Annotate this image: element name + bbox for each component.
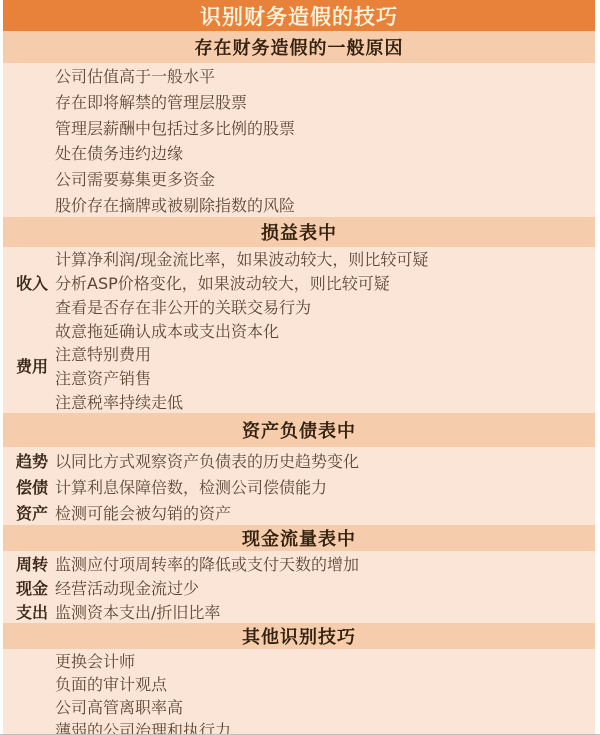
item-list: 计算利息保障倍数，检测公司偿债能力 <box>52 473 595 499</box>
section-general-reasons: 公司估值高于一般水平 存在即将解禁的管理层股票 管理层薪酬中包括过多比例的股票 … <box>3 63 595 217</box>
row-group-cash: 现金 经营活动现金流过少 <box>3 575 595 599</box>
list-item: 注意税率持续走低 <box>52 389 595 413</box>
item-list: 监测资本支出/折旧比率 <box>52 599 595 623</box>
row-group-label: 现金 <box>3 575 52 599</box>
row-group-label: 趋势 <box>3 447 52 473</box>
section-header-cash-flow: 现金流量表中 <box>3 525 595 551</box>
list-item: 经营活动现金流过少 <box>52 575 595 599</box>
page-title: 识别财务造假的技巧 <box>3 0 595 31</box>
list-item: 注意特别费用 <box>52 342 595 366</box>
list-item: 公司高管离职率高 <box>3 695 595 718</box>
row-group-label: 支出 <box>3 599 52 623</box>
list-item: 以同比方式观察资产负债表的历史趋势变化 <box>52 447 595 473</box>
section-income-statement: 收入 计算净利润/现金流比率，如果波动较大，则比较可疑 分析ASP价格变化，如果… <box>3 247 595 413</box>
section-header-balance-sheet: 资产负债表中 <box>3 413 595 447</box>
list-item: 股价存在摘牌或被剔除指数的风险 <box>3 191 595 217</box>
list-item: 负面的审计观点 <box>3 672 595 695</box>
list-item: 计算利息保障倍数，检测公司偿债能力 <box>52 473 595 499</box>
item-list: 故意拖延确认成本或支出资本化 注意特别费用 注意资产销售 注意税率持续走低 <box>52 318 595 413</box>
row-group-assets: 资产 检测可能会被勾销的资产 <box>3 499 595 525</box>
item-list: 检测可能会被勾销的资产 <box>52 499 595 525</box>
section-header-general-reasons: 存在财务造假的一般原因 <box>3 31 595 63</box>
row-group-trend: 趋势 以同比方式观察资产负债表的历史趋势变化 <box>3 447 595 473</box>
row-group-label: 偿债 <box>3 473 52 499</box>
row-group-label: 资产 <box>3 499 52 525</box>
list-item: 管理层薪酬中包括过多比例的股票 <box>3 114 595 140</box>
list-item: 监测资本支出/折旧比率 <box>52 599 595 623</box>
list-item: 监测应付项周转率的降低或支付天数的增加 <box>52 551 595 575</box>
row-group-label: 费用 <box>3 318 52 413</box>
item-list: 监测应付项周转率的降低或支付天数的增加 <box>52 551 595 575</box>
list-item: 公司需要募集更多资金 <box>3 166 595 192</box>
row-group-turnover: 周转 监测应付项周转率的降低或支付天数的增加 <box>3 551 595 575</box>
section-cash-flow: 周转 监测应付项周转率的降低或支付天数的增加 现金 经营活动现金流过少 支出 监… <box>3 551 595 623</box>
row-group-solvency: 偿债 计算利息保障倍数，检测公司偿债能力 <box>3 473 595 499</box>
list-item: 处在债务违约边缘 <box>3 140 595 166</box>
fraud-detection-infographic: 识别财务造假的技巧 存在财务造假的一般原因 公司估值高于一般水平 存在即将解禁的… <box>0 0 600 735</box>
row-group: 公司估值高于一般水平 存在即将解禁的管理层股票 管理层薪酬中包括过多比例的股票 … <box>3 63 595 217</box>
item-list: 计算净利润/现金流比率，如果波动较大，则比较可疑 分析ASP价格变化，如果波动较… <box>52 247 595 318</box>
section-balance-sheet: 趋势 以同比方式观察资产负债表的历史趋势变化 偿债 计算利息保障倍数，检测公司偿… <box>3 447 595 525</box>
list-item: 检测可能会被勾销的资产 <box>52 499 595 525</box>
item-list: 更换会计师 负面的审计观点 公司高管离职率高 薄弱的公司治理和执行力 <box>3 649 595 735</box>
table-container: 识别财务造假的技巧 存在财务造假的一般原因 公司估值高于一般水平 存在即将解禁的… <box>3 0 595 734</box>
item-list: 公司估值高于一般水平 存在即将解禁的管理层股票 管理层薪酬中包括过多比例的股票 … <box>3 63 595 217</box>
list-item: 更换会计师 <box>3 649 595 672</box>
section-header-other-techniques: 其他识别技巧 <box>3 623 595 649</box>
row-group-expenses: 费用 故意拖延确认成本或支出资本化 注意特别费用 注意资产销售 注意税率持续走低 <box>3 318 595 413</box>
list-item: 注意资产销售 <box>52 366 595 390</box>
section-other-techniques: 更换会计师 负面的审计观点 公司高管离职率高 薄弱的公司治理和执行力 <box>3 649 595 735</box>
row-group-revenue: 收入 计算净利润/现金流比率，如果波动较大，则比较可疑 分析ASP价格变化，如果… <box>3 247 595 318</box>
row-group: 更换会计师 负面的审计观点 公司高管离职率高 薄弱的公司治理和执行力 <box>3 649 595 735</box>
list-item: 计算净利润/现金流比率，如果波动较大，则比较可疑 <box>52 247 595 271</box>
row-group-label: 周转 <box>3 551 52 575</box>
list-item: 故意拖延确认成本或支出资本化 <box>52 318 595 342</box>
list-item: 存在即将解禁的管理层股票 <box>3 89 595 115</box>
row-group-label: 收入 <box>3 247 52 318</box>
list-item: 薄弱的公司治理和执行力 <box>3 718 595 735</box>
item-list: 经营活动现金流过少 <box>52 575 595 599</box>
row-group-spending: 支出 监测资本支出/折旧比率 <box>3 599 595 623</box>
section-header-income-statement: 损益表中 <box>3 217 595 247</box>
list-item: 公司估值高于一般水平 <box>3 63 595 89</box>
item-list: 以同比方式观察资产负债表的历史趋势变化 <box>52 447 595 473</box>
list-item: 查看是否存在非公开的关联交易行为 <box>52 294 595 318</box>
list-item: 分析ASP价格变化，如果波动较大，则比较可疑 <box>52 271 595 295</box>
